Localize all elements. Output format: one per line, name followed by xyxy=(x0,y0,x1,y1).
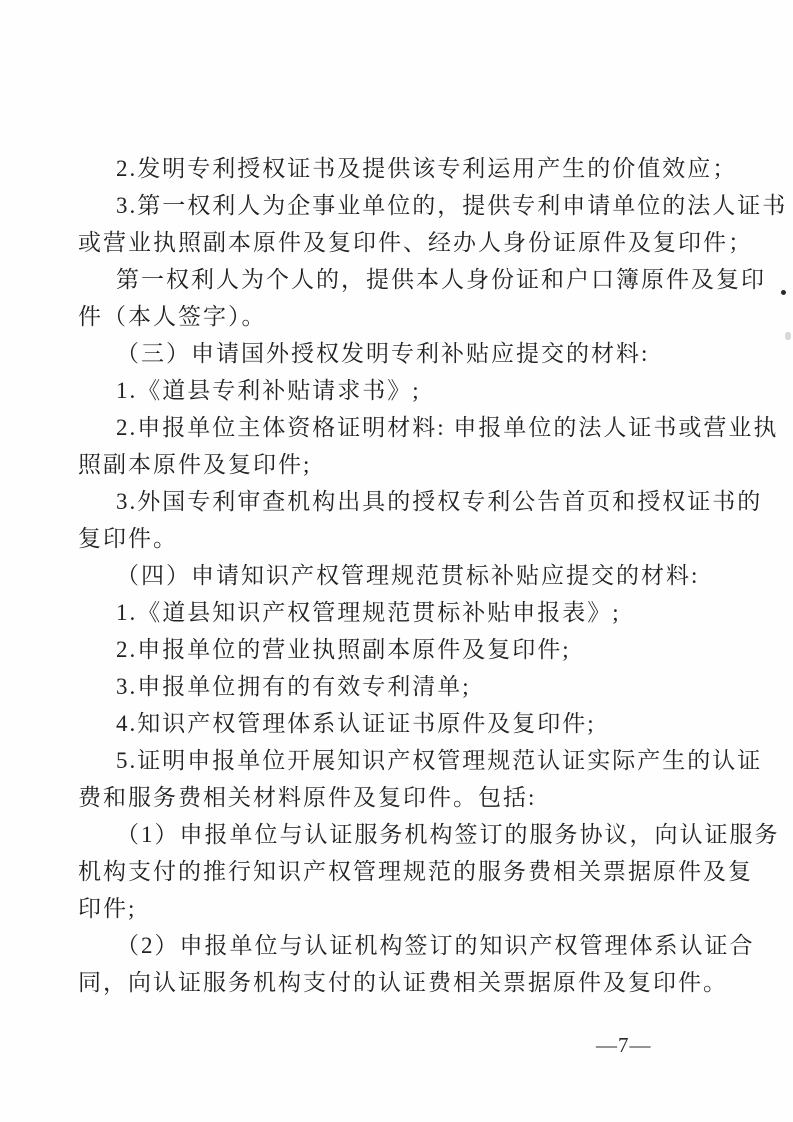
text-line: 4.知识产权管理体系认证证书原件及复印件; xyxy=(78,705,718,742)
text-line: 复印件。 xyxy=(78,520,718,557)
text-line: （四）申请知识产权管理规范贯标补贴应提交的材料: xyxy=(78,557,718,594)
text-line: 同，向认证服务机构支付的认证费相关票据原件及复印件。 xyxy=(78,964,718,1001)
text-line: 或营业执照副本原件及复印件、经办人身份证原件及复印件； xyxy=(78,224,718,261)
scan-artifact-dot xyxy=(781,290,786,295)
text-line: 3.第一权利人为企事业单位的，提供专利申请单位的法人证书 xyxy=(78,187,718,224)
text-line: 照副本原件及复印件; xyxy=(78,446,718,483)
text-line: 5.证明申报单位开展知识产权管理规范认证实际产生的认证 xyxy=(78,742,718,779)
scanned-document-page: 2.发明专利授权证书及提供该专利运用产生的价值效应；3.第一权利人为企事业单位的… xyxy=(0,0,793,1122)
text-line: （三）申请国外授权发明专利补贴应提交的材料: xyxy=(78,335,718,372)
text-line: 2.申报单位的营业执照副本原件及复印件; xyxy=(78,631,718,668)
text-line: 2.发明专利授权证书及提供该专利运用产生的价值效应； xyxy=(78,150,718,187)
text-line: 3.外国专利审查机构出具的授权专利公告首页和授权证书的 xyxy=(78,483,718,520)
text-line: 件（本人签字）。 xyxy=(78,298,718,335)
text-line: 2.申报单位主体资格证明材料: 申报单位的法人证书或营业执 xyxy=(78,409,718,446)
text-line: 费和服务费相关材料原件及复印件。包括: xyxy=(78,779,718,816)
text-line: 印件; xyxy=(78,890,718,927)
text-line: （1）申报单位与认证服务机构签订的服务协议，向认证服务 xyxy=(78,816,718,853)
text-line: 1.《道县专利补贴请求书》; xyxy=(78,372,718,409)
document-text: 2.发明专利授权证书及提供该专利运用产生的价值效应；3.第一权利人为企事业单位的… xyxy=(78,150,718,1001)
text-line: 第一权利人为个人的，提供本人身份证和户口簿原件及复印 xyxy=(78,261,718,298)
text-line: 1.《道县知识产权管理规范贯标补贴申报表》; xyxy=(78,594,718,631)
text-line: （2）申报单位与认证机构签订的知识产权管理体系认证合 xyxy=(78,927,718,964)
text-line: 机构支付的推行知识产权管理规范的服务费相关票据原件及复 xyxy=(78,853,718,890)
scan-artifact-smudge xyxy=(785,332,791,340)
text-line: 3.申报单位拥有的有效专利清单; xyxy=(78,668,718,705)
page-number: —7— xyxy=(596,1033,652,1058)
